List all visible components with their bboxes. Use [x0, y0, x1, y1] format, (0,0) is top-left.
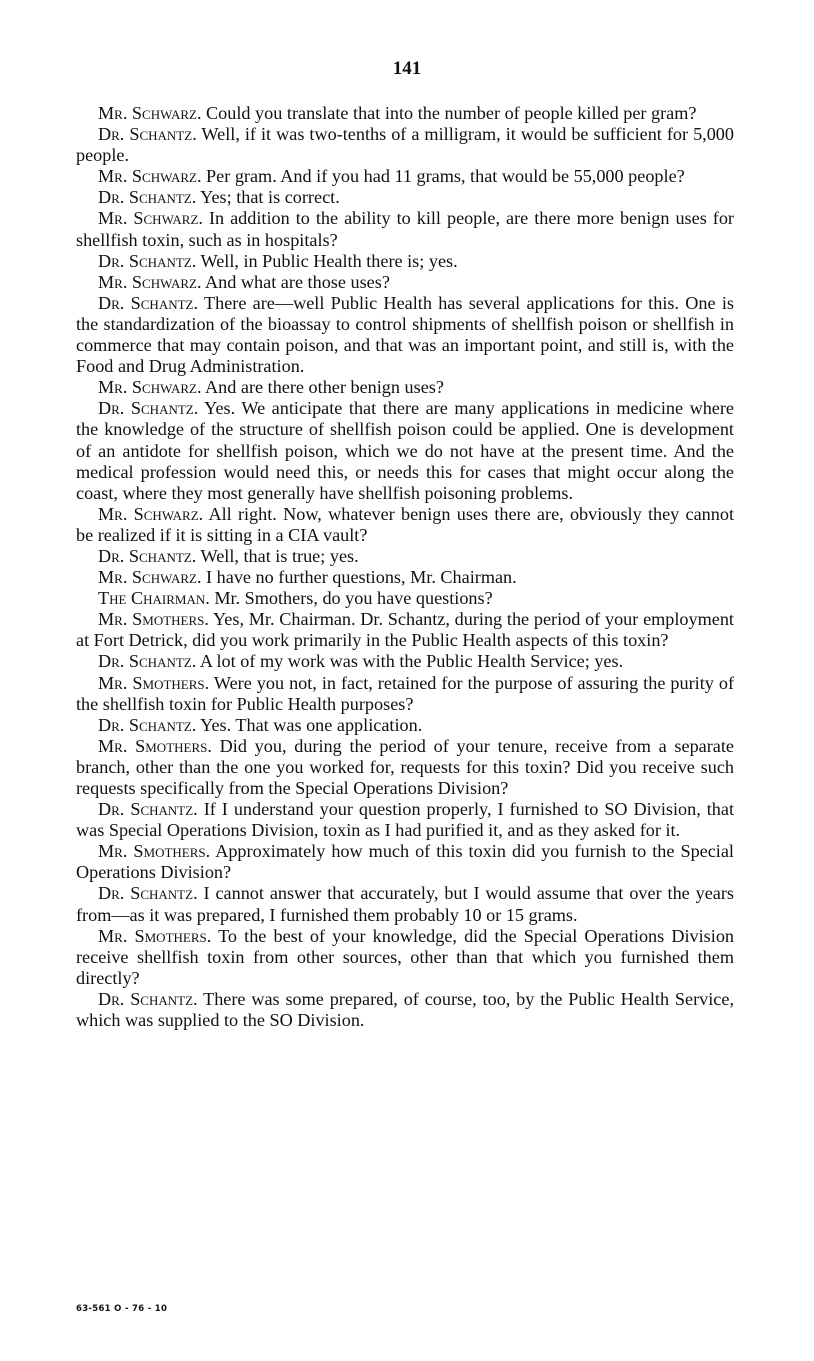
testimony-paragraph: Mr. Schwarz. I have no further questions…	[76, 567, 734, 588]
speaker-name: Mr. Smothers.	[98, 609, 209, 629]
testimony-paragraph: Mr. Schwarz. All right. Now, whatever be…	[76, 504, 734, 546]
testimony-paragraph: Mr. Schwarz. And are there other benign …	[76, 377, 734, 398]
speaker-name: Dr. Schantz.	[98, 293, 198, 313]
testimony-paragraph: The Chairman. Mr. Smothers, do you have …	[76, 588, 734, 609]
testimony-paragraph: Mr. Smothers. Yes, Mr. Chairman. Dr. Sch…	[76, 609, 734, 651]
testimony-paragraph: Mr. Smothers. Approximately how much of …	[76, 841, 734, 883]
testimony-paragraph: Dr. Schantz. There are—well Public Healt…	[76, 293, 734, 377]
speaker-name: Mr. Schwarz.	[98, 166, 202, 186]
speaker-name: Mr. Smothers.	[98, 926, 211, 946]
statement-text: Could you translate that into the number…	[202, 103, 697, 123]
transcript-body: Mr. Schwarz. Could you translate that in…	[76, 103, 734, 1031]
testimony-paragraph: Dr. Schantz. Well, if it was two-tenths …	[76, 124, 734, 166]
testimony-paragraph: Mr. Smothers. Were you not, in fact, ret…	[76, 673, 734, 715]
statement-text: And are there other benign uses?	[202, 377, 444, 397]
speaker-name: Dr. Schantz.	[98, 187, 196, 207]
speaker-name: Mr. Smothers.	[98, 736, 212, 756]
statement-text: Per gram. And if you had 11 grams, that …	[202, 166, 685, 186]
statement-text: Mr. Smothers, do you have questions?	[210, 588, 493, 608]
testimony-paragraph: Dr. Schantz. I cannot answer that accura…	[76, 883, 734, 925]
testimony-paragraph: Mr. Schwarz. And what are those uses?	[76, 272, 734, 293]
statement-text: Well, that is true; yes.	[196, 546, 358, 566]
speaker-name: Mr. Smothers.	[98, 841, 210, 861]
speaker-name: Dr. Schantz.	[98, 883, 198, 903]
testimony-paragraph: Dr. Schantz. Yes. We anticipate that the…	[76, 398, 734, 503]
speaker-name: Mr. Schwarz.	[98, 272, 202, 292]
testimony-paragraph: Dr. Schantz. A lot of my work was with t…	[76, 651, 734, 672]
testimony-paragraph: Mr. Schwarz. In addition to the ability …	[76, 208, 734, 250]
testimony-paragraph: Dr. Schantz. Well, that is true; yes.	[76, 546, 734, 567]
testimony-paragraph: Mr. Smothers. To the best of your knowle…	[76, 926, 734, 989]
statement-text: And what are those uses?	[202, 272, 390, 292]
testimony-paragraph: Mr. Schwarz. Per gram. And if you had 11…	[76, 166, 734, 187]
statement-text: Well, in Public Health there is; yes.	[196, 251, 457, 271]
testimony-paragraph: Dr. Schantz. Yes. That was one applicati…	[76, 715, 734, 736]
speaker-name: Dr. Schantz.	[98, 651, 196, 671]
page-number: 141	[0, 58, 814, 80]
speaker-name: Mr. Schwarz.	[98, 567, 202, 587]
speaker-name: Dr. Schantz.	[98, 546, 196, 566]
testimony-paragraph: Mr. Schwarz. Could you translate that in…	[76, 103, 734, 124]
testimony-paragraph: Dr. Schantz. There was some prepared, of…	[76, 989, 734, 1031]
speaker-name: Mr. Schwarz.	[98, 208, 203, 228]
statement-text: Yes. That was one application.	[196, 715, 422, 735]
testimony-paragraph: Mr. Smothers. Did you, during the period…	[76, 736, 734, 799]
statement-text: A lot of my work was with the Public Hea…	[196, 651, 623, 671]
speaker-name: Mr. Schwarz.	[98, 377, 202, 397]
speaker-name: Dr. Schantz.	[98, 398, 198, 418]
testimony-paragraph: Dr. Schantz. If I understand your questi…	[76, 799, 734, 841]
statement-text: I have no further questions, Mr. Chairma…	[202, 567, 517, 587]
speaker-name: The Chairman.	[98, 588, 210, 608]
print-code-footer: 63-561 O - 76 - 10	[76, 1304, 167, 1314]
speaker-name: Mr. Smothers.	[98, 673, 209, 693]
speaker-name: Dr. Schantz.	[98, 715, 196, 735]
speaker-name: Dr. Schantz.	[98, 251, 196, 271]
speaker-name: Dr. Schantz.	[98, 124, 197, 144]
speaker-name: Mr. Schwarz.	[98, 103, 202, 123]
testimony-paragraph: Dr. Schantz. Well, in Public Health ther…	[76, 251, 734, 272]
speaker-name: Dr. Schantz.	[98, 989, 198, 1009]
statement-text: Yes; that is correct.	[196, 187, 339, 207]
speaker-name: Mr. Schwarz.	[98, 504, 203, 524]
testimony-paragraph: Dr. Schantz. Yes; that is correct.	[76, 187, 734, 208]
speaker-name: Dr. Schantz.	[98, 799, 198, 819]
